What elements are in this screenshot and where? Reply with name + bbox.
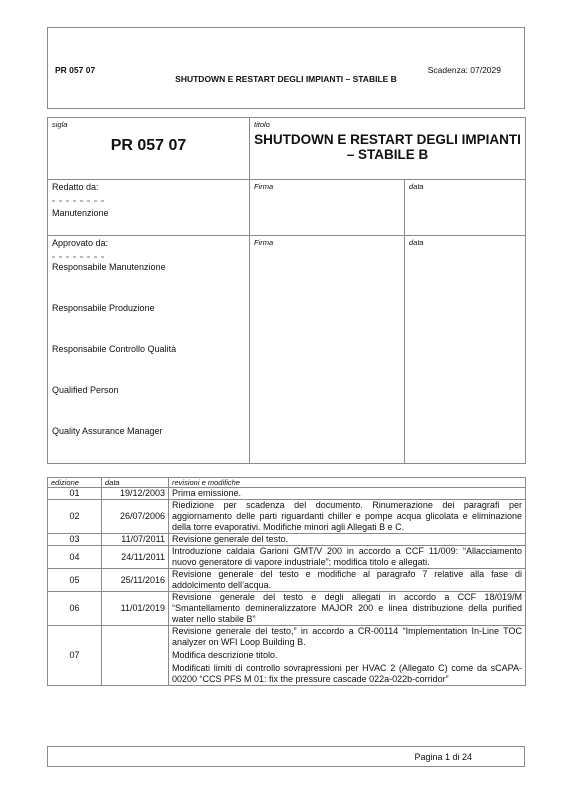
revision-date: 11/07/2011 [102, 534, 169, 546]
revision-row: 0525/11/2016Revisione generale del testo… [48, 569, 526, 592]
approver-role: Qualified Person [48, 385, 249, 395]
approver-role: Responsabile Controllo Qualità [48, 344, 249, 354]
revision-table: edizione data revisioni e modifiche 0119… [47, 477, 526, 686]
cover-title-row: sigla PR 057 07 titolo SHUTDOWN E RESTAR… [48, 118, 526, 180]
revision-row: 0611/01/2019Revisione generale del testo… [48, 592, 526, 626]
revision-edition: 01 [48, 488, 102, 500]
revision-description: Revisione generale del testo,” in accord… [169, 626, 526, 686]
redatto-data-cell: data [405, 180, 526, 236]
revision-date: 11/01/2019 [102, 592, 169, 626]
revision-row: 07Revisione generale del testo,” in acco… [48, 626, 526, 686]
revision-row: 0119/12/2003Prima emissione. [48, 488, 526, 500]
firma-label: Firma [250, 236, 404, 247]
col-header-revisioni: revisioni e modifiche [169, 478, 526, 488]
approvato-cell: Approvato da: Responsabile Manutenzione … [48, 236, 250, 464]
redacted-name [52, 200, 107, 202]
header-title: SHUTDOWN E RESTART DEGLI IMPIANTI – STAB… [48, 74, 524, 84]
approver-role: Responsabile Manutenzione [48, 262, 249, 272]
titolo-line2: – STABILE B [250, 147, 525, 162]
page-header: PR 057 07 Scadenza: 07/2029 SHUTDOWN E R… [47, 27, 525, 109]
cover-table: sigla PR 057 07 titolo SHUTDOWN E RESTAR… [47, 117, 526, 464]
redacted-name [52, 256, 107, 258]
data-label: data [405, 236, 525, 247]
revision-header-row: edizione data revisioni e modifiche [48, 478, 526, 488]
firma-label: Firma [250, 180, 404, 191]
revision-description-paragraph: Revisione generale del testo e degli all… [172, 592, 522, 625]
revision-description: Riedizione per scadenza del documento. R… [169, 500, 526, 534]
revision-description-paragraph: Modificati limiti di controllo sovrapres… [172, 663, 522, 685]
revision-description: Revisione generale del testo. [169, 534, 526, 546]
revision-date: 24/11/2011 [102, 546, 169, 569]
titolo-label: titolo [250, 118, 525, 129]
data-label: data [405, 180, 525, 191]
col-header-data: data [102, 478, 169, 488]
approver-role: Quality Assurance Manager [48, 426, 249, 436]
approvato-row: Approvato da: Responsabile Manutenzione … [48, 236, 526, 464]
revision-edition: 06 [48, 592, 102, 626]
revision-row: 0226/07/2006Riedizione per scadenza del … [48, 500, 526, 534]
redatto-firma-cell: Firma [250, 180, 405, 236]
revision-description-paragraph: Prima emissione. [172, 488, 522, 499]
col-header-edizione: edizione [48, 478, 102, 488]
revision-edition: 03 [48, 534, 102, 546]
page-footer: Pagina 1 di 24 [47, 746, 525, 767]
redatto-role: Manutenzione [48, 208, 249, 218]
revision-description: Revisione generale del testo e modifiche… [169, 569, 526, 592]
revision-description-paragraph: Revisione generale del testo e modifiche… [172, 569, 522, 591]
redatto-label: Redatto da: [48, 180, 249, 192]
approver-role: Responsabile Produzione [48, 303, 249, 313]
revision-description-paragraph: Revisione generale del testo. [172, 534, 522, 545]
approvato-data-cell: data [405, 236, 526, 464]
revision-description-paragraph: Revisione generale del testo,” in accord… [172, 626, 522, 648]
page-number: Pagina 1 di 24 [414, 752, 472, 762]
redatto-row: Redatto da: Manutenzione Firma data [48, 180, 526, 236]
revision-description-paragraph: Riedizione per scadenza del documento. R… [172, 500, 522, 533]
revision-description: Revisione generale del testo e degli all… [169, 592, 526, 626]
revision-description: Prima emissione. [169, 488, 526, 500]
revision-description-paragraph: Modifica descrizione titolo. [172, 650, 522, 661]
sigla-cell: sigla PR 057 07 [48, 118, 250, 180]
approvato-firma-cell: Firma [250, 236, 405, 464]
revision-description-paragraph: Introduzione caldaia Garioni GMT/V 200 i… [172, 546, 522, 568]
revision-date: 25/11/2016 [102, 569, 169, 592]
revision-row: 0311/07/2011Revisione generale del testo… [48, 534, 526, 546]
revision-edition: 07 [48, 626, 102, 686]
sigla-label: sigla [48, 118, 249, 129]
revision-date: 26/07/2006 [102, 500, 169, 534]
titolo-cell: titolo SHUTDOWN E RESTART DEGLI IMPIANTI… [250, 118, 526, 180]
revision-row: 0424/11/2011Introduzione caldaia Garioni… [48, 546, 526, 569]
revision-edition: 04 [48, 546, 102, 569]
revision-date [102, 626, 169, 686]
revision-edition: 02 [48, 500, 102, 534]
sigla-value: PR 057 07 [48, 137, 249, 155]
titolo-line1: SHUTDOWN E RESTART DEGLI IMPIANTI [250, 129, 525, 147]
revision-description: Introduzione caldaia Garioni GMT/V 200 i… [169, 546, 526, 569]
revision-date: 19/12/2003 [102, 488, 169, 500]
redatto-cell: Redatto da: Manutenzione [48, 180, 250, 236]
approvato-label: Approvato da: [48, 236, 249, 248]
revision-edition: 05 [48, 569, 102, 592]
